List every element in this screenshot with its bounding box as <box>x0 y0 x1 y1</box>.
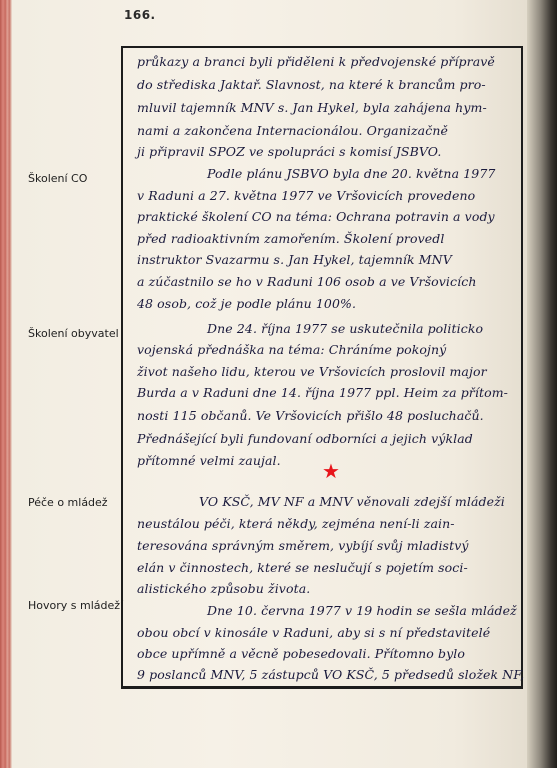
text-line: Přednášející byli fundovaní odborníci a … <box>137 431 515 447</box>
text-line: alistického způsobu života. <box>137 581 515 597</box>
page-number: 166. <box>124 8 156 22</box>
chronicle-text-box: průkazy a branci byli přiděleni k předvo… <box>121 46 523 689</box>
text-line: VO KSČ, MV NF a MNV věnovali zdejší mlád… <box>199 494 515 510</box>
text-line: instruktor Svazarmu s. Jan Hykel, tajemn… <box>137 252 515 268</box>
text-line: neustálou péči, která někdy, zejména nen… <box>137 516 515 532</box>
red-star-icon: ★ <box>322 461 340 481</box>
margin-label-skoleni-obyvatel: Školení obyvatel <box>28 327 119 340</box>
text-line: Dne 24. října 1977 se uskutečnila politi… <box>207 321 515 337</box>
text-line: průkazy a branci byli přiděleni k předvo… <box>137 54 515 70</box>
text-line: Podle plánu JSBVO byla dne 20. května 19… <box>207 166 515 182</box>
text-line: vojenská přednáška na téma: Chráníme pok… <box>137 342 515 358</box>
text-line: v Raduni a 27. května 1977 ve Vršovicích… <box>137 188 515 204</box>
book-gutter-shadow <box>527 0 557 768</box>
text-line: obou obcí v kinosále v Raduni, aby si s … <box>137 625 515 641</box>
text-line: ji připravil SPOZ ve spolupráci s komisí… <box>137 144 515 160</box>
text-line: život našeho lidu, kterou ve Vršovicích … <box>137 364 515 380</box>
text-line: praktické školení CO na téma: Ochrana po… <box>137 209 515 225</box>
text-line: nosti 115 občanů. Ve Vršovicích přišlo 4… <box>137 408 515 424</box>
margin-label-hovory-s-mladezi: Hovory s mládeží <box>28 599 123 612</box>
text-line: mluvil tajemník MNV s. Jan Hykel, byla z… <box>137 100 515 116</box>
text-line: Burda a v Raduni dne 14. října 1977 ppl.… <box>137 385 515 401</box>
text-line: před radioaktivním zamořením. Školení pr… <box>137 231 515 247</box>
margin-label-skoleni-co: Školení CO <box>28 172 87 185</box>
text-line: do střediska Jaktař. Slavnost, na které … <box>137 77 515 93</box>
margin-label-pece-o-mladez: Péče o mládež <box>28 496 108 509</box>
text-line: elán v činnostech, které se neslučují s … <box>137 560 515 576</box>
text-line: nami a zakončena Internacionálou. Organi… <box>137 123 515 139</box>
text-line: 48 osob, což je podle plánu 100%. <box>137 296 515 312</box>
text-line: Dne 10. června 1977 v 19 hodin se sešla … <box>207 603 515 619</box>
text-line: a zúčastnilo se ho v Raduni 106 osob a v… <box>137 274 515 290</box>
text-line: teresována správným směrem, vybíjí svůj … <box>137 538 515 554</box>
text-line: 9 poslanců MNV, 5 zástupců VO KSČ, 5 pře… <box>137 667 515 683</box>
text-line: obce upřímně a věcně pobesedovali. Příto… <box>137 646 515 662</box>
page-edge-left <box>0 0 12 768</box>
